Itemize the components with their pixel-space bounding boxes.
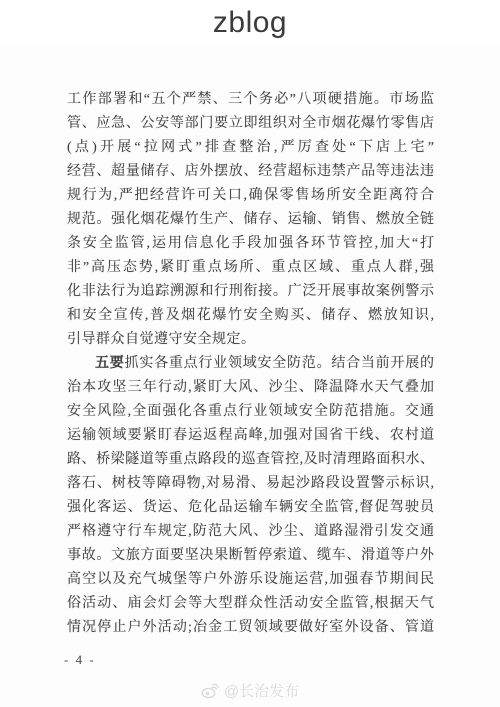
document-line: 非”高压态势,紧盯重点场所、重点区域、重点人群,强 [67, 256, 434, 280]
document-line: 事故。文旅方面要坚决果断暂停索道、缆车、滑道等户外 [67, 544, 434, 568]
document-line: 条安全监管,运用信息化手段加强各环节管控,加大“打 [67, 232, 434, 256]
document-line: 严格遵守行车规定,防范大风、沙尘、道路湿滑引发交通 [67, 520, 434, 544]
bold-lead-in: 五要 [95, 356, 125, 371]
document-line: 高空以及充气城堡等户外游乐设施运营,加强春节期间民 [67, 568, 434, 592]
document-line: 引导群众自觉遵守安全规定。 [67, 328, 434, 352]
document-line: 安全风险,全面强化各重点行业领域安全防范措施。交通 [67, 400, 434, 424]
weibo-icon [201, 683, 219, 699]
document-line: 强化客运、货运、危化品运输车辆安全监管,督促驾驶员 [67, 496, 434, 520]
document-line: 化非法行为追踪溯源和行刑衔接。广泛开展事故案例警示 [67, 280, 434, 304]
document-line: 工作部署和“五个严禁、三个务必”八项硬措施。市场监 [67, 88, 434, 112]
document-body: 工作部署和“五个严禁、三个务必”八项硬措施。市场监管、应急、公安等部门要立即组织… [67, 88, 434, 640]
document-line: 五要抓实各重点行业领域安全防范。结合当前开展的 [67, 352, 434, 376]
document-line: 治本攻坚三年行动,紧盯大风、沙尘、降温降水天气叠加 [67, 376, 434, 400]
scanned-document-page: 工作部署和“五个严禁、三个务必”八项硬措施。市场监管、应急、公安等部门要立即组织… [0, 46, 500, 707]
document-line: 管、应急、公安等部门要立即组织对全市烟花爆竹零售店 [67, 112, 434, 136]
document-line: 规行为,严把经营许可关口,确保零售场所安全距离符合 [67, 184, 434, 208]
document-line: 经营、超量储存、店外摆放、经营超标违禁产品等违法违 [67, 160, 434, 184]
document-line: (点)开展“拉网式”排查整治,严厉查处“下店上宅” [67, 136, 434, 160]
document-line: 情况停止户外活动;冶金工贸领域要做好室外设备、管道 [67, 616, 434, 640]
document-line: 俗活动、庙会灯会等大型群众性活动安全监管,根据天气 [67, 592, 434, 616]
document-line: 运输领域要紧盯春运返程高峰,加强对国省干线、农村道 [67, 424, 434, 448]
page-number: - 4 - [64, 652, 96, 668]
document-line: 和安全宣传,普及烟花爆竹安全购买、储存、燃放知识, [67, 304, 434, 328]
document-line: 规范。强化烟花爆竹生产、储存、运输、销售、燃放全链 [67, 208, 434, 232]
document-line: 路、桥梁隧道等重点路段的巡查管控,及时清理路面积水、 [67, 448, 434, 472]
watermark-text: @长治发布 [224, 680, 299, 701]
document-line: 落石、树枝等障碍物,对易滑、易起沙路段设置警示标识, [67, 472, 434, 496]
watermark: @长治发布 [0, 680, 500, 701]
page-title: zblog [0, 0, 500, 46]
